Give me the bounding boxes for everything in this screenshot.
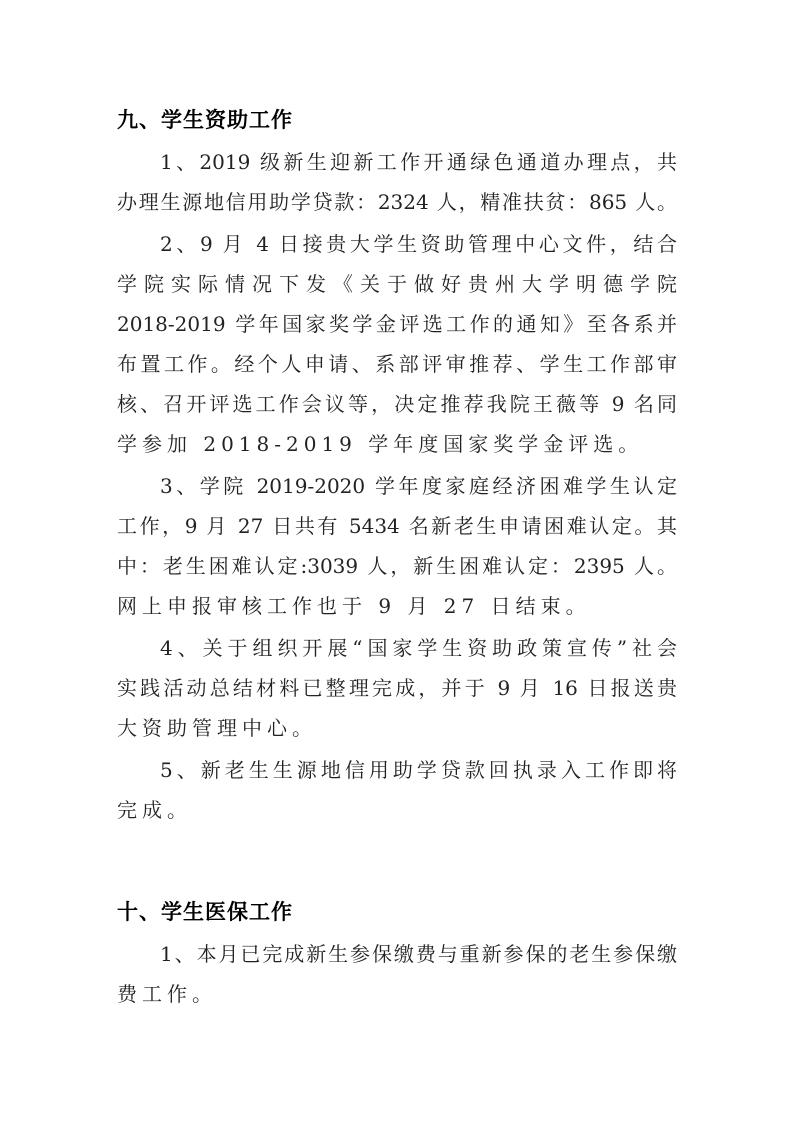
paragraph-line: 费工作。 bbox=[117, 980, 677, 1008]
paragraph-line: 5、新老生生源地信用助学贷款回执录入工作即将 bbox=[160, 756, 677, 784]
paragraph-line: 完成。 bbox=[117, 796, 677, 824]
paragraph-line: 2018-2019 学年国家奖学金评选工作的通知》至各系并 bbox=[117, 310, 677, 338]
paragraph-line: 中：老生困难认定:3039 人，新生困难认定：2395 人。 bbox=[117, 552, 677, 580]
paragraph-line: 学院实际情况下发《关于做好贵州大学明德学院 bbox=[117, 270, 677, 298]
paragraph-line: 4、关于组织开展“国家学生资助政策宣传”社会 bbox=[160, 634, 677, 662]
paragraph-line: 学参加 2018-2019 学年度国家奖学金评选。 bbox=[117, 430, 677, 458]
section-heading-student-aid: 九、学生资助工作 bbox=[117, 104, 293, 134]
paragraph-line: 2、9 月 4 日接贵大学生资助管理中心文件，结合 bbox=[160, 230, 677, 258]
paragraph-line: 工作，9 月 27 日共有 5434 名新老生申请困难认定。其 bbox=[117, 512, 677, 540]
paragraph-line: 实践活动总结材料已整理完成，并于 9 月 16 日报送贵 bbox=[117, 674, 677, 702]
paragraph-line: 布置工作。经个人申请、系部评审推荐、学生工作部审 bbox=[117, 350, 677, 378]
section-heading-student-medical-insurance: 十、学生医保工作 bbox=[117, 896, 293, 926]
paragraph-line: 1、本月已完成新生参保缴费与重新参保的老生参保缴 bbox=[160, 940, 677, 968]
paragraph-line: 大资助管理中心。 bbox=[117, 714, 677, 742]
paragraph-line: 核、召开评选工作会议等，决定推荐我院王薇等 9 名同 bbox=[117, 390, 677, 418]
paragraph-line: 1、2019 级新生迎新工作开通绿色通道办理点，共 bbox=[160, 148, 677, 176]
paragraph-line: 3、学院 2019-2020 学年度家庭经济困难学生认定 bbox=[160, 472, 677, 500]
document-page: 九、学生资助工作 1、2019 级新生迎新工作开通绿色通道办理点，共 办理生源地… bbox=[0, 0, 793, 1122]
paragraph-line: 网上申报审核工作也于 9 月 27 日结束。 bbox=[117, 592, 677, 620]
paragraph-line: 办理生源地信用助学贷款：2324 人，精准扶贫：865 人。 bbox=[117, 188, 677, 216]
